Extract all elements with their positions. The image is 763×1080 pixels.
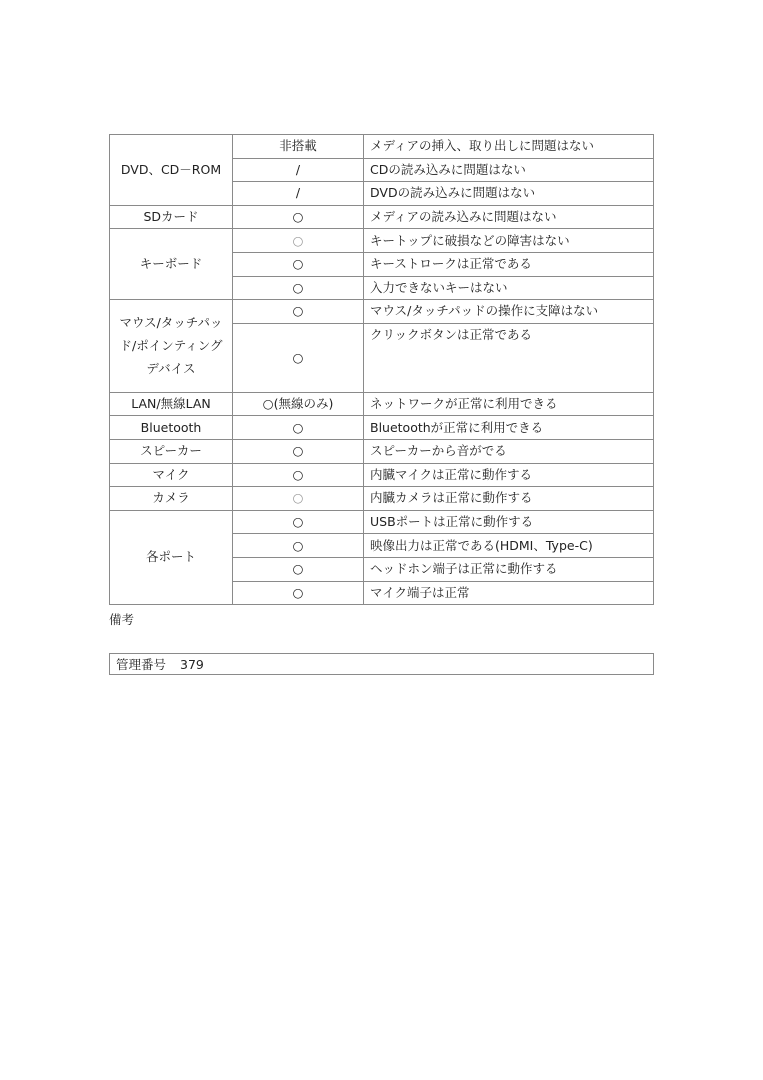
status-cell: ○ (233, 252, 364, 276)
status-cell: / (233, 158, 364, 182)
status-cell: ○ (233, 300, 364, 324)
check-item-cell: Bluetoothが正常に利用できる (364, 416, 654, 440)
category-cell: カメラ (110, 487, 233, 511)
status-cell: ○ (233, 439, 364, 463)
check-item-cell: メディアの挿入、取り出しに問題はない (364, 135, 654, 159)
status-cell: ○ (233, 205, 364, 229)
check-item-cell: キートップに破損などの障害はない (364, 229, 654, 253)
check-item-cell: ヘッドホン端子は正常に動作する (364, 557, 654, 581)
status-cell: / (233, 182, 364, 206)
check-item-cell: キーストロークは正常である (364, 252, 654, 276)
status-cell: ○ (233, 276, 364, 300)
check-item-cell: クリックボタンは正常である (364, 323, 654, 392)
category-cell: SDカード (110, 205, 233, 229)
check-item-cell: 内臓マイクは正常に動作する (364, 463, 654, 487)
check-item-cell: メディアの読み込みに問題はない (364, 205, 654, 229)
status-cell: ○ (233, 581, 364, 605)
category-cell: スピーカー (110, 439, 233, 463)
table-row: SDカード ○ メディアの読み込みに問題はない (110, 205, 654, 229)
check-item-cell: DVDの読み込みに問題はない (364, 182, 654, 206)
management-number-label: 管理番号 (116, 657, 166, 672)
table-row: Bluetooth ○ Bluetoothが正常に利用できる (110, 416, 654, 440)
category-cell: 各ポート (110, 510, 233, 604)
table-row: 各ポート ○ USBポートは正常に動作する (110, 510, 654, 534)
check-item-cell: マイク端子は正常 (364, 581, 654, 605)
category-cell: DVD、CD－ROM (110, 135, 233, 206)
check-item-cell: 内臓カメラは正常に動作する (364, 487, 654, 511)
table-row: マウス/タッチパッド/ポインティングデバイス ○ マウス/タッチパッドの操作に支… (110, 300, 654, 324)
category-cell: Bluetooth (110, 416, 233, 440)
status-cell: ○ (233, 416, 364, 440)
management-number-box: 管理番号379 (109, 653, 654, 675)
table-row: DVD、CD－ROM 非搭載 メディアの挿入、取り出しに問題はない (110, 135, 654, 159)
status-cell: ○ (233, 463, 364, 487)
table-row: マイク ○ 内臓マイクは正常に動作する (110, 463, 654, 487)
remarks-label: 備考 (109, 610, 134, 628)
table-row: カメラ ○ 内臓カメラは正常に動作する (110, 487, 654, 511)
status-cell: 非搭載 (233, 135, 364, 159)
management-number-value: 379 (180, 657, 204, 672)
status-cell: ○ (233, 487, 364, 511)
table-row: LAN/無線LAN ○(無線のみ) ネットワークが正常に利用できる (110, 392, 654, 416)
status-cell: ○ (233, 323, 364, 392)
check-item-cell: マウス/タッチパッドの操作に支障はない (364, 300, 654, 324)
status-cell: ○ (233, 557, 364, 581)
table-row: スピーカー ○ スピーカーから音がでる (110, 439, 654, 463)
status-cell: ○ (233, 229, 364, 253)
check-item-cell: 入力できないキーはない (364, 276, 654, 300)
category-cell: キーボード (110, 229, 233, 300)
category-cell: マイク (110, 463, 233, 487)
status-cell: ○ (233, 510, 364, 534)
category-cell: マウス/タッチパッド/ポインティングデバイス (110, 300, 233, 393)
check-item-cell: USBポートは正常に動作する (364, 510, 654, 534)
check-item-cell: ネットワークが正常に利用できる (364, 392, 654, 416)
check-item-cell: 映像出力は正常である(HDMI、Type-C) (364, 534, 654, 558)
table-row: キーボード ○ キートップに破損などの障害はない (110, 229, 654, 253)
check-item-cell: スピーカーから音がでる (364, 439, 654, 463)
status-cell: ○(無線のみ) (233, 392, 364, 416)
category-cell: LAN/無線LAN (110, 392, 233, 416)
check-item-cell: CDの読み込みに問題はない (364, 158, 654, 182)
inspection-checklist-table: DVD、CD－ROM 非搭載 メディアの挿入、取り出しに問題はない / CDの読… (109, 134, 654, 605)
status-cell: ○ (233, 534, 364, 558)
